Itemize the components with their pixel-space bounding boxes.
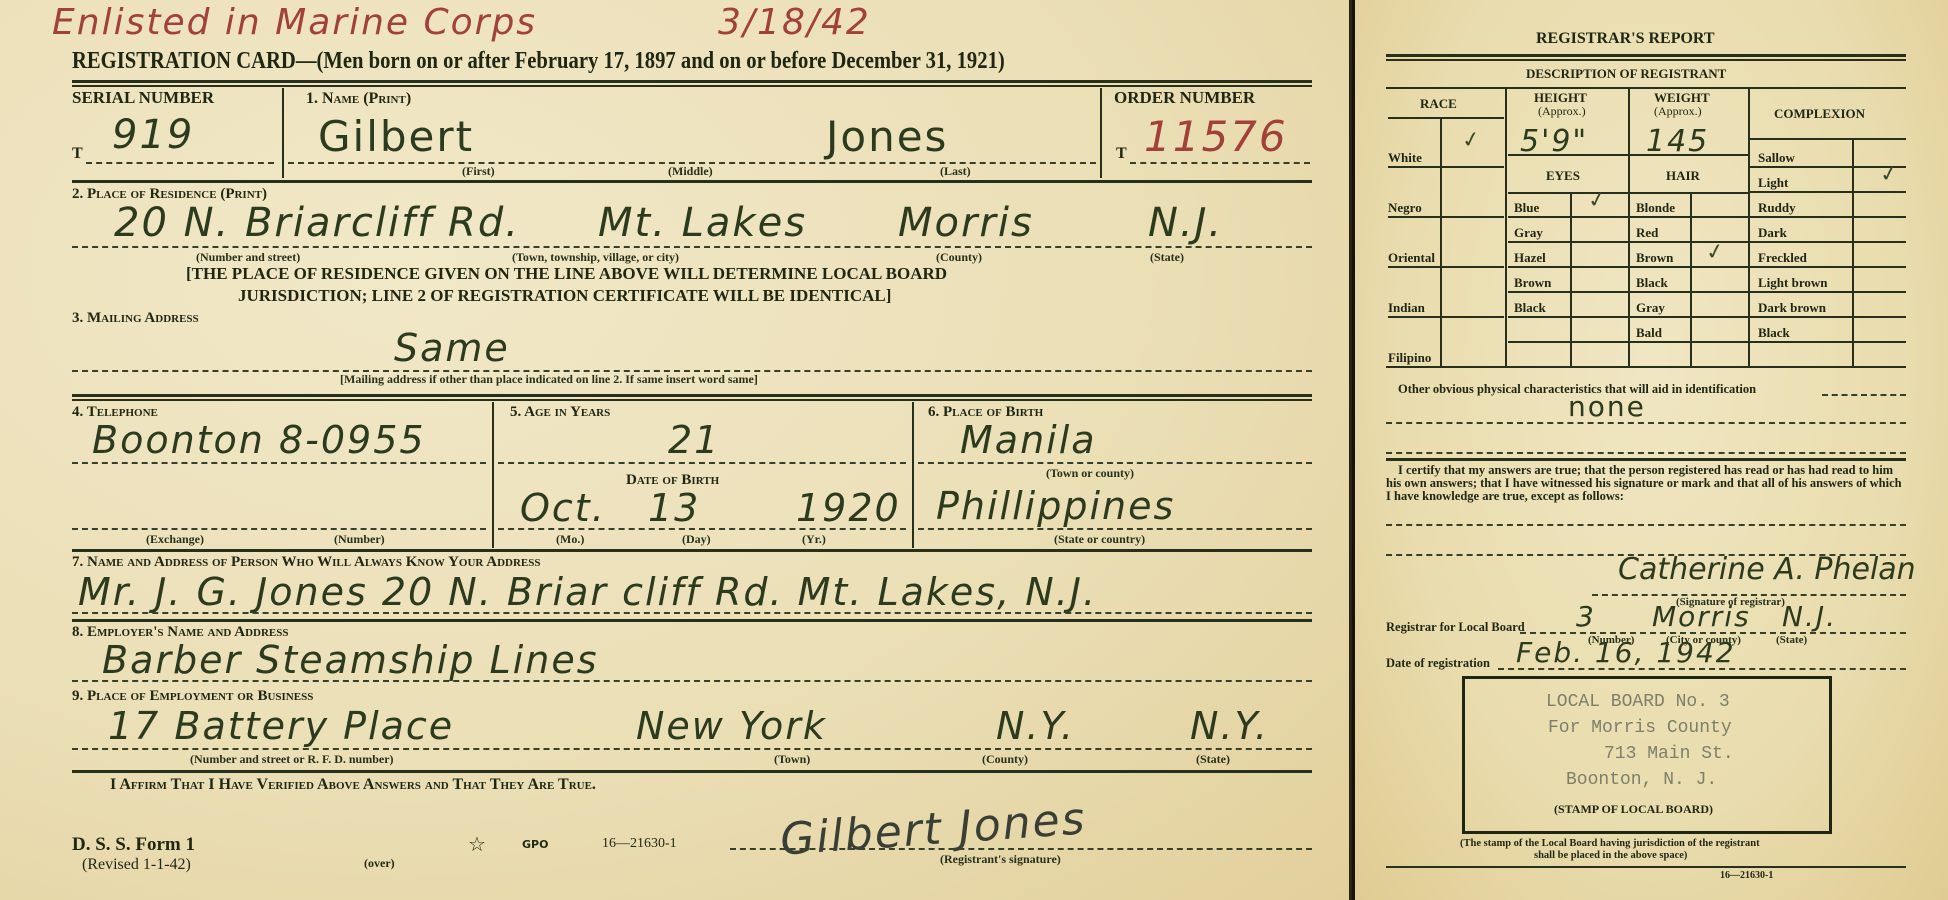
stamp-line-2: For Morris County [1548, 718, 1732, 738]
local-board-state: N.J. [1782, 600, 1837, 633]
complexion-option: Sallow [1758, 150, 1795, 166]
caption-middle: (Middle) [668, 164, 713, 179]
mailing-value: Same [394, 326, 510, 370]
stamp-line-4: Boonton, N. J. [1566, 770, 1717, 790]
eyes-option: Black [1514, 300, 1546, 316]
stamp-note-line2: shall be placed in the above space) [1534, 850, 1687, 861]
eyes-option: Hazel [1514, 250, 1546, 266]
contact-value: Mr. J. G. Jones 20 N. Briar cliff Rd. Mt… [78, 570, 1097, 614]
print-code-front: 16—21630-1 [602, 836, 677, 852]
mailing-caption: [Mailing address if other than place ind… [340, 372, 758, 387]
residence-state: N.J. [1148, 200, 1223, 246]
age-label: 5. Age in Years [510, 404, 610, 421]
caption-town-county: (Town or county) [1046, 466, 1134, 481]
signature-caption: (Registrant's signature) [940, 852, 1061, 867]
dob-day: 13 [648, 486, 700, 530]
caption-exchange: (Exchange) [146, 532, 204, 547]
enlistment-date: 3/18/42 [718, 2, 871, 43]
residence-notice-line2: JURISDICTION; LINE 2 OF REGISTRATION CER… [238, 286, 891, 306]
race-option: Indian [1388, 300, 1425, 316]
gpo-mark: GPO [522, 838, 548, 851]
race-option: White [1388, 150, 1422, 166]
hair-option: Gray [1636, 300, 1665, 316]
complexion-option: Dark [1758, 225, 1787, 241]
complexion-option: Light [1758, 175, 1788, 191]
height-sub: (Approx.) [1538, 104, 1586, 119]
complexion-option: Black [1758, 325, 1790, 341]
residence-notice-line1: [THE PLACE OF RESIDENCE GIVEN ON THE LIN… [186, 264, 947, 284]
eyes-option: Blue [1514, 200, 1539, 216]
complexion-option: Ruddy [1758, 200, 1796, 216]
caption-state: (State) [1150, 250, 1184, 265]
hair-option: Black [1636, 275, 1668, 291]
hair-option: Bald [1636, 325, 1662, 341]
caption-month: (Mo.) [556, 532, 584, 547]
serial-number-label: SERIAL NUMBER [72, 88, 214, 108]
form-revised: (Revised 1-1-42) [82, 856, 191, 874]
eyes-option: Gray [1514, 225, 1543, 241]
employer-value: Barber Steamship Lines [102, 638, 599, 682]
order-number-label: ORDER NUMBER [1114, 88, 1255, 108]
description-subtitle: DESCRIPTION OF REGISTRANT [1526, 66, 1726, 82]
caption-employment-state: (State) [1196, 752, 1230, 767]
age-value: 21 [668, 418, 720, 462]
hair-header: HAIR [1666, 168, 1700, 184]
caption-number: (Number) [334, 532, 385, 547]
form-id: D. S. S. Form 1 [72, 834, 195, 856]
registration-date-value: Feb. 16, 1942 [1516, 636, 1736, 669]
print-code-back: 16—21630-1 [1720, 870, 1773, 881]
star-icon: ☆ [468, 832, 486, 856]
stamp-caption: (STAMP OF LOCAL BOARD) [1554, 802, 1713, 817]
caption-first: (First) [462, 164, 495, 179]
stamp-line-1: LOCAL BOARD No. 3 [1546, 692, 1730, 712]
local-board-number: 3 [1576, 600, 1596, 633]
caption-state-country: (State or country) [1054, 532, 1145, 547]
race-option: Negro [1388, 200, 1422, 216]
mailing-label: 3. Mailing Address [72, 310, 199, 327]
race-option: Filipino [1388, 350, 1431, 366]
order-number-value: 11576 [1144, 112, 1288, 161]
complexion-option: Freckled [1758, 250, 1807, 266]
registration-card-front: Enlisted in Marine Corps 3/18/42 REGISTR… [0, 0, 1352, 900]
other-characteristics-value: none [1568, 390, 1646, 423]
weight-sub: (Approx.) [1654, 104, 1702, 119]
stamp-note-line1: (The stamp of the Local Board having jur… [1460, 838, 1760, 849]
caption-employment-county: (County) [982, 752, 1028, 767]
contact-label: 7. Name and Address of Person Who Will A… [72, 554, 541, 571]
telephone-value: Boonton 8-0955 [92, 418, 426, 462]
hair-option: Blonde [1636, 200, 1675, 216]
residence-county: Morris [898, 200, 1034, 246]
race-option: Oriental [1388, 250, 1435, 266]
race-header: RACE [1420, 96, 1457, 112]
employment-street: 17 Battery Place [108, 704, 454, 748]
caption-town: (Town, township, village, or city) [512, 250, 679, 265]
complexion-header: COMPLEXION [1774, 106, 1865, 122]
caption-county: (County) [936, 250, 982, 265]
dob-month: Oct. [520, 486, 606, 530]
serial-prefix: T [72, 145, 83, 163]
eyes-option: Brown [1514, 275, 1551, 291]
caption-employment-town: (Town) [774, 752, 810, 767]
registrar-signature: Catherine A. Phelan [1618, 552, 1916, 587]
over-note: (over) [364, 856, 395, 871]
caption-day: (Day) [682, 532, 711, 547]
dob-year: 1920 [796, 486, 901, 530]
caption-employment-street: (Number and street or R. F. D. number) [190, 752, 394, 767]
hair-option: Red [1636, 225, 1658, 241]
residence-street: 20 N. Briarcliff Rd. [114, 200, 520, 246]
registration-date-label: Date of registration [1386, 656, 1490, 671]
local-board-city: Morris [1652, 600, 1751, 633]
caption-last: (Last) [940, 164, 971, 179]
employment-county: N.Y. [996, 704, 1075, 748]
registrar-certification: I certify that my answers are true; that… [1386, 464, 1908, 503]
card-title: REGISTRATION CARD—(Men born on or after … [72, 48, 1005, 75]
serial-number-value: 919 [112, 112, 194, 158]
affirmation-text: I Affirm That I Have Verified Above Answ… [110, 776, 596, 794]
order-prefix: T [1116, 145, 1127, 163]
employment-state: N.Y. [1190, 704, 1269, 748]
local-board-label: Registrar for Local Board [1386, 620, 1525, 635]
eyes-header: EYES [1546, 168, 1580, 184]
first-name: Gilbert [318, 112, 474, 161]
name-label: 1. Name (Print) [306, 90, 411, 108]
hair-option: Brown [1636, 250, 1673, 266]
complexion-option: Dark brown [1758, 300, 1826, 316]
report-title: REGISTRAR'S REPORT [1536, 30, 1715, 48]
enlistment-annotation: Enlisted in Marine Corps [52, 2, 537, 43]
caption-board-state: (State) [1776, 634, 1807, 646]
birthplace-country: Phillippines [936, 484, 1175, 528]
residence-town: Mt. Lakes [598, 200, 807, 246]
birthplace-town: Manila [960, 418, 1097, 462]
complexion-option: Light brown [1758, 275, 1827, 291]
last-name: Jones [826, 112, 948, 161]
employment-place-label: 9. Place of Employment or Business [72, 688, 313, 705]
caption-street: (Number and street) [196, 250, 300, 265]
caption-year: (Yr.) [802, 532, 826, 547]
stamp-line-3: 713 Main St. [1604, 744, 1734, 764]
employment-town: New York [636, 704, 827, 748]
